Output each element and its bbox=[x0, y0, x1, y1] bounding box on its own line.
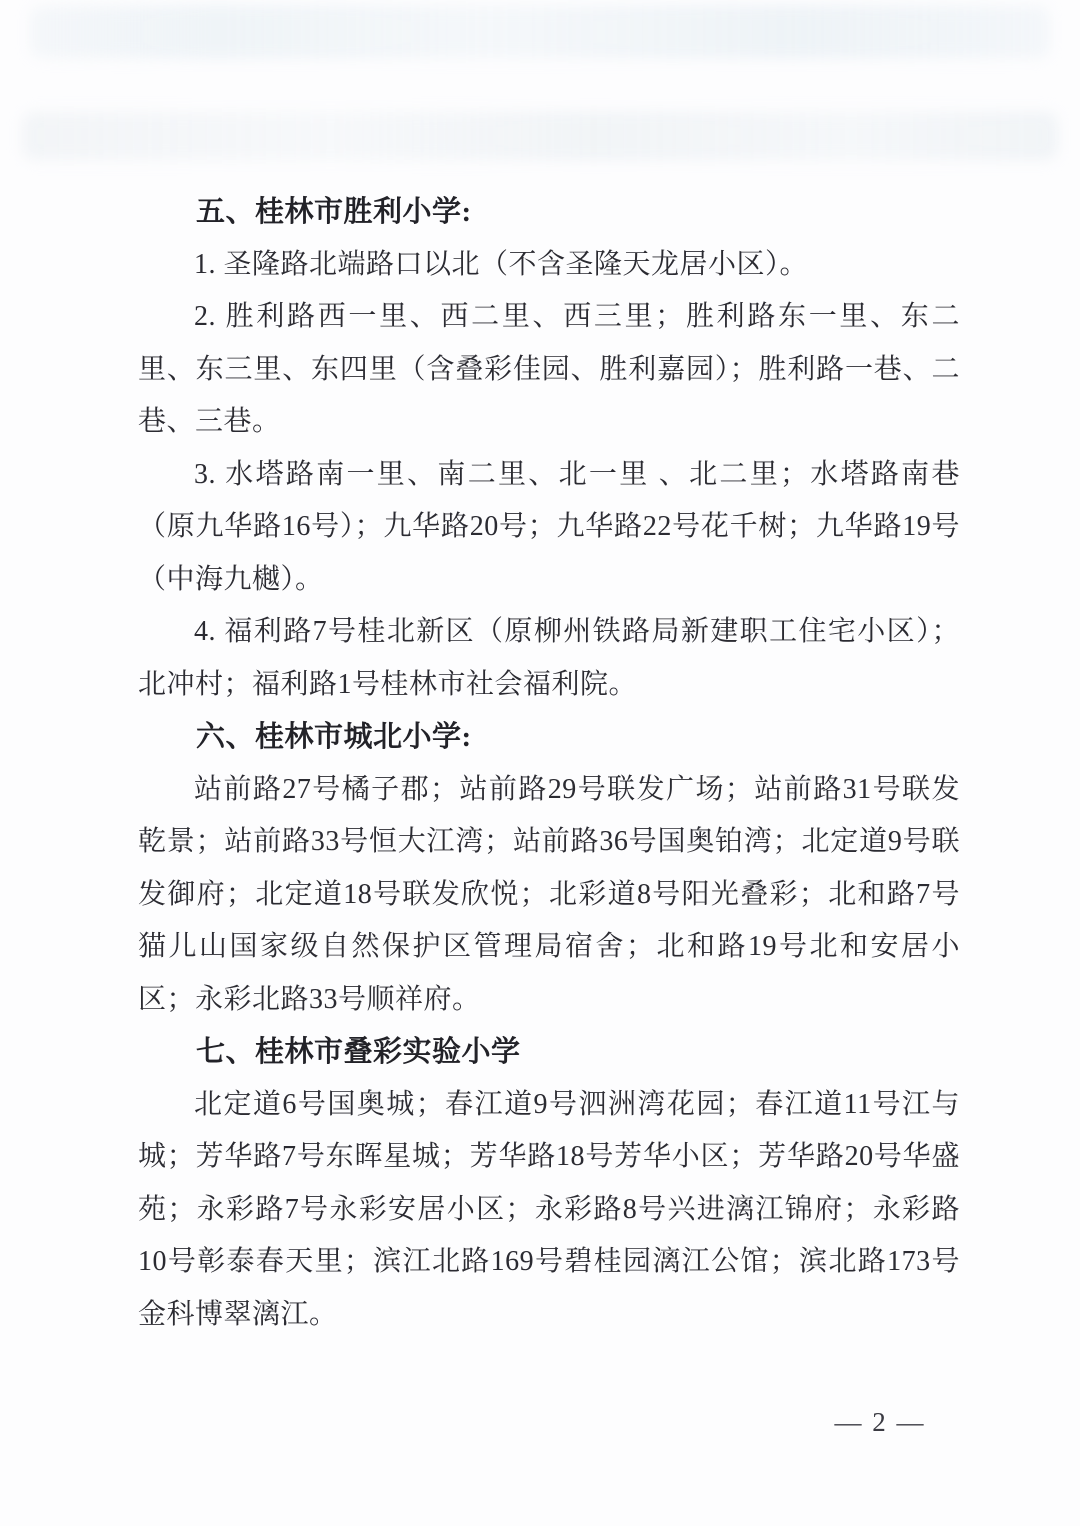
paragraph: 北定道6号国奥城；春江道9号泗洲湾花园；春江道11号江与城；芳华路7号东晖星城；… bbox=[138, 1079, 960, 1342]
scan-smudge-second bbox=[22, 112, 1058, 160]
section-chengbei-primary: 六、桂林市城北小学: 站前路27号橘子郡；站前路29号联发广场；站前路31号联发… bbox=[138, 711, 960, 1026]
paragraph: 3. 水塔路南一里、南二里、北一里 、北二里；水塔路南巷（原九华路16号）；九华… bbox=[138, 449, 960, 607]
paragraph: 1. 圣隆路北端路口以北（不含圣隆天龙居小区）。 bbox=[138, 239, 960, 292]
section-shengli-primary: 五、桂林市胜利小学: 1. 圣隆路北端路口以北（不含圣隆天龙居小区）。 2. 胜… bbox=[138, 186, 960, 711]
scan-smudge-top bbox=[30, 6, 1050, 58]
paragraph: 4. 福利路7号桂北新区（原柳州铁路局新建职工住宅小区）；北冲村；福利路1号桂林… bbox=[138, 606, 960, 711]
document-body: 五、桂林市胜利小学: 1. 圣隆路北端路口以北（不含圣隆天龙居小区）。 2. 胜… bbox=[138, 186, 960, 1341]
section-diecai-experimental-primary: 七、桂林市叠彩实验小学 北定道6号国奥城；春江道9号泗洲湾花园；春江道11号江与… bbox=[138, 1026, 960, 1341]
section-heading: 五、桂林市胜利小学: bbox=[138, 186, 960, 239]
paragraph: 站前路27号橘子郡；站前路29号联发广场；站前路31号联发乾景；站前路33号恒大… bbox=[138, 764, 960, 1027]
section-heading: 六、桂林市城北小学: bbox=[138, 711, 960, 764]
scanned-document-page: 五、桂林市胜利小学: 1. 圣隆路北端路口以北（不含圣隆天龙居小区）。 2. 胜… bbox=[0, 0, 1080, 1526]
section-heading: 七、桂林市叠彩实验小学 bbox=[138, 1026, 960, 1079]
page-number: — 2 — bbox=[790, 1402, 970, 1442]
paragraph: 2. 胜利路西一里、西二里、西三里；胜利路东一里、东二里、东三里、东四里（含叠彩… bbox=[138, 291, 960, 449]
